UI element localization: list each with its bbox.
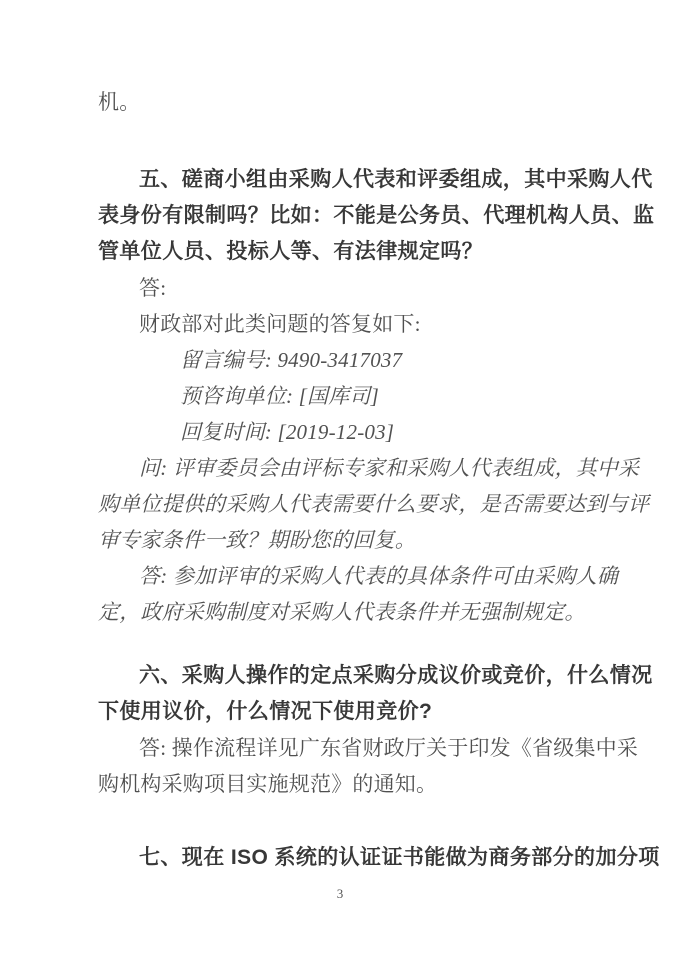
- quote-question-line-2: 购单位提供的采购人代表需要什么要求，是否需要达到与评: [98, 486, 598, 522]
- section-five-heading-line-3: 管单位人员、投标人等、有法律规定吗？: [98, 234, 598, 270]
- section-six-heading-line-1: 六、采购人操作的定点采购分成议价或竞价，什么情况: [98, 658, 598, 694]
- section-six-answer-line-1: 答: 操作流程详见广东省财政厅关于印发《省级集中采: [98, 730, 598, 766]
- quote-inquiry-unit-line: 预咨询单位: [国库司]: [98, 378, 598, 414]
- quote-message-number-line: 留言编号: 9490-3417037: [98, 342, 598, 378]
- answer-label-line: 答:: [98, 270, 598, 306]
- section-six-answer-line-2: 购机构采购项目实施规范》的通知。: [98, 766, 598, 802]
- section-five-heading-line-2: 表身份有限制吗？比如：不能是公务员、代理机构人员、监: [98, 198, 598, 234]
- section-five-heading-line-1: 五、磋商小组由采购人代表和评委组成，其中采购人代: [98, 162, 598, 198]
- carryover-paragraph-end-line: 机。: [98, 84, 598, 120]
- document-body: 机。 五、磋商小组由采购人代表和评委组成，其中采购人代 表身份有限制吗？比如：不…: [98, 84, 598, 876]
- document-page: 机。 五、磋商小组由采购人代表和评委组成，其中采购人代 表身份有限制吗？比如：不…: [0, 0, 680, 962]
- quote-reply-date-line: 回复时间: [2019-12-03]: [98, 414, 598, 450]
- quote-question-line-3: 审专家条件一致？期盼您的回复。: [98, 522, 598, 558]
- section-six-heading-line-2: 下使用议价，什么情况下使用竞价?: [98, 694, 598, 730]
- quote-question-line-1: 问: 评审委员会由评标专家和采购人代表组成，其中采: [98, 450, 598, 486]
- mof-reply-intro-line: 财政部对此类问题的答复如下:: [98, 306, 598, 342]
- quote-answer-line-2: 定，政府采购制度对采购人代表条件并无强制规定。: [98, 594, 598, 630]
- page-number: 3: [0, 884, 680, 904]
- quote-answer-line-1: 答: 参加评审的采购人代表的具体条件可由采购人确: [98, 558, 598, 594]
- section-seven-heading-line: 七、现在 ISO 系统的认证证书能做为商务部分的加分项: [98, 840, 598, 876]
